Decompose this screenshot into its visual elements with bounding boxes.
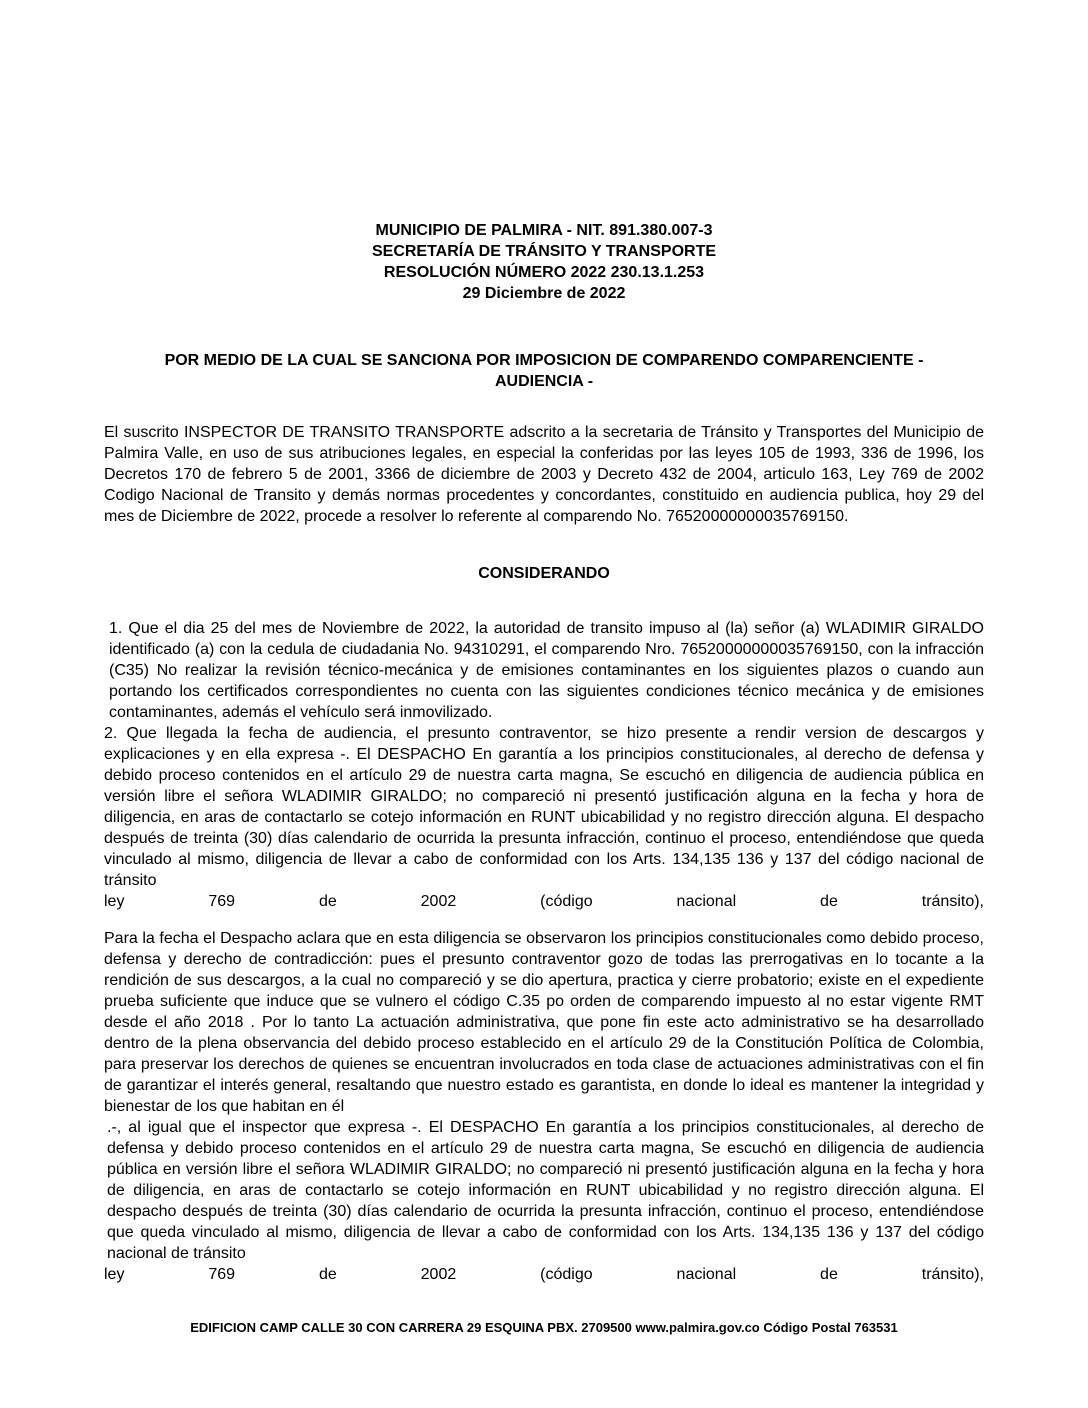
considerando-item-1: 1. Que el dia 25 del mes de Noviembre de…	[104, 618, 984, 723]
considerando-item-2: 2. Que llegada la fecha de audiencia, el…	[104, 723, 984, 891]
considerando-paragraph-4: .-, al igual que el inspector que expres…	[104, 1117, 984, 1264]
header-secretariat-line: SECRETARÍA DE TRÁNSITO Y TRANSPORTE	[104, 241, 984, 262]
header-date-line: 29 Diciembre de 2022	[104, 283, 984, 304]
considerando-paragraph-4-justified-last-line: ley 769 de 2002 (código nacional de trán…	[104, 1264, 984, 1285]
considerando-heading: CONSIDERANDO	[104, 563, 984, 584]
subject-line-2: AUDIENCIA -	[104, 371, 984, 392]
page-footer-address: EDIFICION CAMP CALLE 30 CON CARRERA 29 E…	[0, 1320, 1088, 1336]
intro-paragraph: El suscrito INSPECTOR DE TRANSITO TRANSP…	[104, 422, 984, 527]
header-entity-line: MUNICIPIO DE PALMIRA - NIT. 891.380.007-…	[104, 220, 984, 241]
considerando-item-2-justified-last-line: ley 769 de 2002 (código nacional de trán…	[104, 891, 984, 912]
document-header: MUNICIPIO DE PALMIRA - NIT. 891.380.007-…	[104, 220, 984, 304]
document-subject: POR MEDIO DE LA CUAL SE SANCIONA POR IMP…	[104, 350, 984, 392]
header-resolution-number-line: RESOLUCIÓN NÚMERO 2022 230.13.1.253	[104, 262, 984, 283]
considerando-paragraph-3: Para la fecha el Despacho aclara que en …	[104, 928, 984, 1117]
subject-line-1: POR MEDIO DE LA CUAL SE SANCIONA POR IMP…	[104, 350, 984, 371]
document-page: MUNICIPIO DE PALMIRA - NIT. 891.380.007-…	[0, 0, 1088, 1408]
